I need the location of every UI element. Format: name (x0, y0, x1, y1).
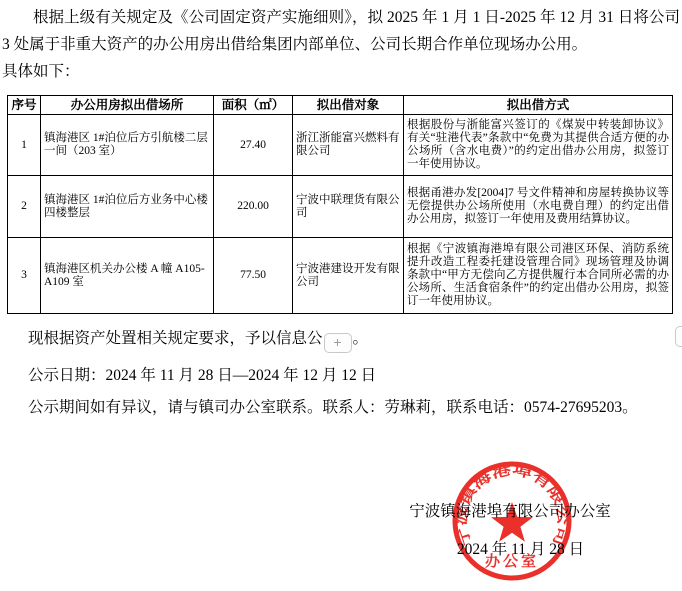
company-seal-stamp: 宁波镇海港埠有限公司 办公室 (442, 451, 582, 591)
seal-star-icon (491, 502, 533, 542)
table-row: 2 镇海港区 1#泊位后方业务中心楼四楼整层 220.00 宁波中联理货有限公司… (8, 176, 673, 238)
lease-table: 序号 办公用房拟出借场所 面积（㎡） 拟出借对象 拟出借方式 1 镇海港区 1#… (7, 95, 673, 314)
intro-followup: 具体如下： (2, 58, 680, 85)
row3-target: 宁波港建设开发有限公司 (293, 238, 404, 314)
row1-place: 镇海港区 1#泊位后方引航楼二层一间（203 室） (41, 115, 214, 176)
row1-area: 27.40 (214, 115, 293, 176)
broken-image-icon-edge (675, 326, 682, 347)
row1-target: 浙江浙能富兴燃料有限公司 (293, 115, 404, 176)
row2-target: 宁波中联理货有限公司 (293, 176, 404, 238)
row1-no: 1 (8, 115, 41, 176)
row3-place: 镇海港区机关办公楼 A 幢 A105-A109 室 (41, 238, 214, 314)
table-row: 3 镇海港区机关办公楼 A 幢 A105-A109 室 77.50 宁波港建设开… (8, 238, 673, 314)
col-header-no: 序号 (8, 96, 41, 115)
intro-paragraph: 根据上级有关规定及《公司固定资产实施细则》，拟 2025 年 1 月 1 日-2… (2, 4, 680, 58)
row2-no: 2 (8, 176, 41, 238)
seal-bottom-text: 办公室 (485, 552, 539, 570)
col-header-area: 面积（㎡） (214, 96, 293, 115)
row3-area: 77.50 (214, 238, 293, 314)
row3-no: 3 (8, 238, 41, 314)
publicity-note-suffix: 。 (353, 330, 369, 347)
row2-place: 镇海港区 1#泊位后方业务中心楼四楼整层 (41, 176, 214, 238)
publicity-date-line: 公示日期：2024 年 11 月 28 日—2024 年 12 月 12 日 (2, 366, 682, 386)
row1-method: 根据股份与浙能富兴签订的《煤炭中转装卸协议》有关“驻港代表”条款中“免费为其提供… (404, 115, 673, 176)
row2-area: 220.00 (214, 176, 293, 238)
row2-method: 根据甬港办发[2004]7 号文件精神和房屋转换协议等无偿提供办公场所使用（水电… (404, 176, 673, 238)
notice-document: 根据上级有关规定及《公司固定资产实施细则》，拟 2025 年 1 月 1 日-2… (0, 0, 682, 591)
intro-section: 根据上级有关规定及《公司固定资产实施细则》，拟 2025 年 1 月 1 日-2… (2, 4, 680, 85)
row3-method: 根据《宁波镇海港埠有限公司港区环保、消防系统提升改造工程委托建设管理合同》现场管… (404, 238, 673, 314)
col-header-target: 拟出借对象 (293, 96, 404, 115)
contact-line: 公示期间如有异议，请与镇司办公室联系。联系人：劳琳莉，联系电话：0574-276… (2, 398, 682, 418)
publicity-note: 现根据资产处置相关规定要求，予以信息公+。 (2, 329, 682, 353)
table-row: 1 镇海港区 1#泊位后方引航楼二层一间（203 室） 27.40 浙江浙能富兴… (8, 115, 673, 176)
col-header-method: 拟出借方式 (404, 96, 673, 115)
table-header-row: 序号 办公用房拟出借场所 面积（㎡） 拟出借对象 拟出借方式 (8, 96, 673, 115)
broken-image-icon: + (324, 333, 352, 353)
col-header-place: 办公用房拟出借场所 (41, 96, 214, 115)
publicity-note-prefix: 现根据资产处置相关规定要求，予以信息公 (28, 330, 323, 347)
